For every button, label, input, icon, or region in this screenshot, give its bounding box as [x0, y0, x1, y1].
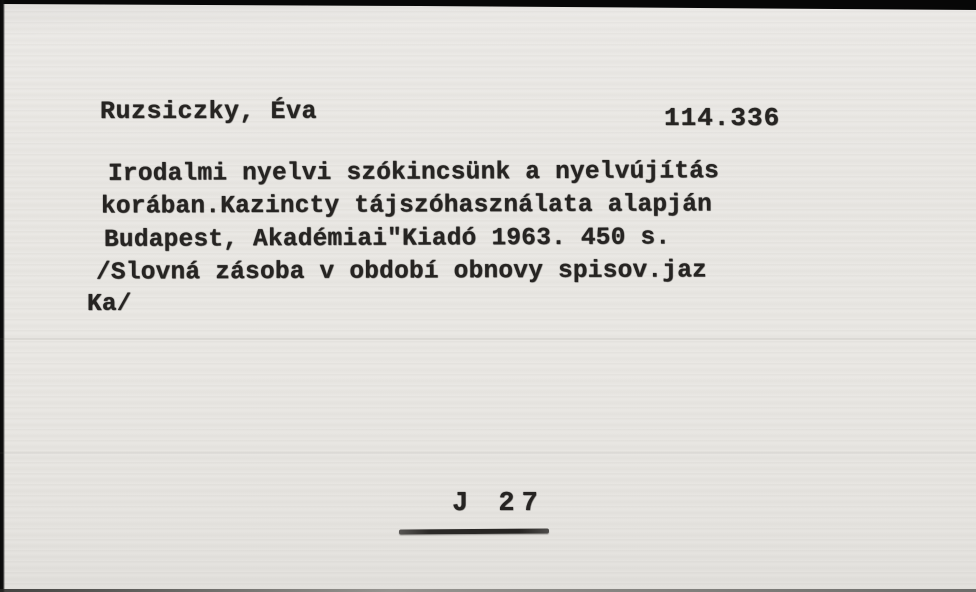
- entry-line: /Slovná zásoba v období obnovy spisov.ja…: [96, 253, 976, 289]
- author-heading: Ruzsiczky, Éva: [100, 97, 317, 126]
- call-number: 114.336: [664, 103, 780, 133]
- shelf-mark-underline: [399, 528, 549, 534]
- entry-line: korában.Kazincty tájszóhasználata alapjá…: [101, 187, 976, 223]
- entry-line: Irodalmi nyelvi szókincsünk a nyelvújítá…: [108, 154, 976, 191]
- catalog-card-scan: Ruzsiczky, Éva 114.336 Irodalmi nyelvi s…: [0, 0, 976, 592]
- scan-streak: [0, 338, 976, 340]
- entry-line: Budapest, Akadémiai"Kiadó 1963. 450 s.: [104, 220, 976, 257]
- scan-edge-top: [0, 0, 976, 12]
- shelf-mark: J 27: [452, 489, 545, 519]
- bibliographic-entry: Irodalmi nyelvi szókincsünk a nyelvújítá…: [0, 156, 976, 321]
- entry-line: Ka/: [87, 288, 976, 321]
- scan-streak: [0, 452, 976, 454]
